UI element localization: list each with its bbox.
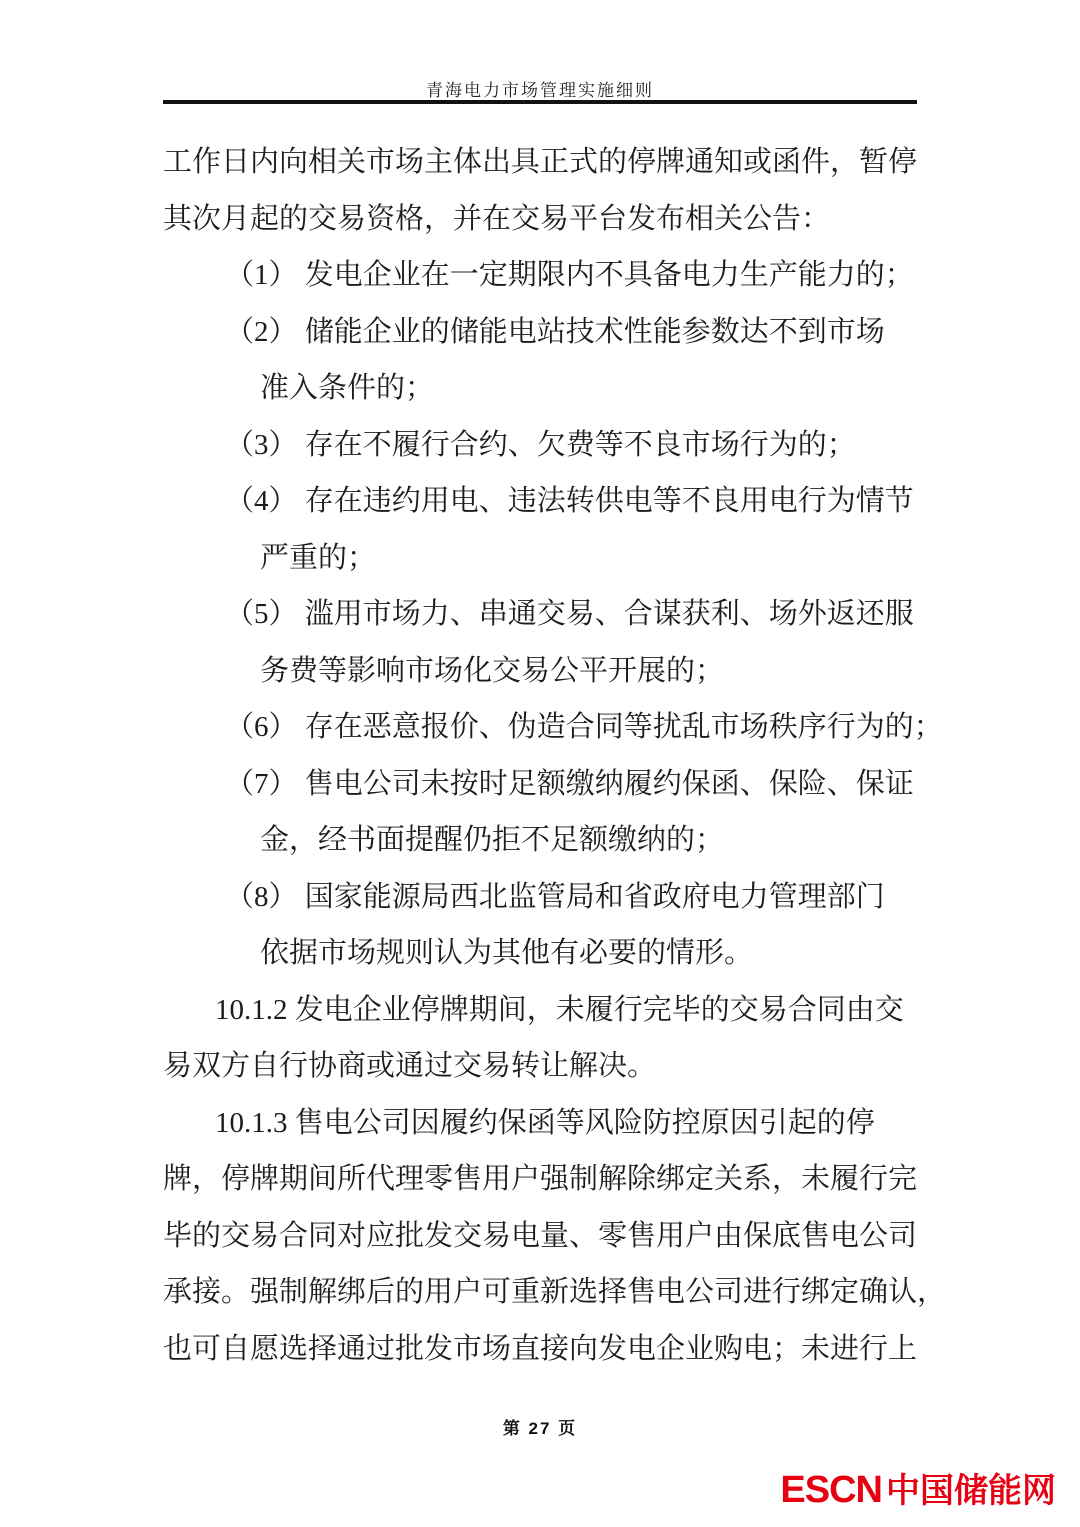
list-item-line: （4） 存在违约用电、违法转供电等不良用电行为情节 (163, 473, 917, 530)
escn-watermark-logo: ESCN 中国储能网 (780, 1463, 1056, 1512)
list-item-line: （3） 存在不履行合约、欠费等不良市场行为的； (163, 417, 917, 474)
text-line: 承接。强制解绑后的用户可重新选择售电公司进行绑定确认， (163, 1264, 917, 1321)
escn-logo-cjk-text: 中国储能网 (886, 1463, 1056, 1512)
text-line: 毕的交易合同对应批发交易电量、零售用户由保底售电公司 (163, 1208, 917, 1265)
list-item-line: （2） 储能企业的储能电站技术性能参数达不到市场 (163, 304, 917, 361)
numbered-clause-line: 10.1.2 发电企业停牌期间，未履行完毕的交易合同由交 (163, 982, 917, 1039)
escn-logo-latin-text: ESCN (780, 1469, 882, 1512)
list-item-continuation-line: 务费等影响市场化交易公平开展的； (163, 643, 917, 700)
list-item-continuation-line: 金，经书面提醒仍拒不足额缴纳的； (163, 812, 917, 869)
list-item-line: （6） 存在恶意报价、伪造合同等扰乱市场秩序行为的； (163, 699, 917, 756)
numbered-clause-line: 10.1.3 售电公司因履约保函等风险防控原因引起的停 (163, 1095, 917, 1152)
list-item-continuation-line: 严重的； (163, 530, 917, 587)
text-line: 也可自愿选择通过批发市场直接向发电企业购电；未进行上 (163, 1321, 917, 1378)
document-body: 工作日内向相关市场主体出具正式的停牌通知或函件，暂停 其次月起的交易资格，并在交… (163, 134, 917, 1377)
list-item-line: （1） 发电企业在一定期限内不具备电力生产能力的； (163, 247, 917, 304)
list-item-line: （8） 国家能源局西北监管局和省政府电力管理部门 (163, 869, 917, 926)
text-line: 易双方自行协商或通过交易转让解决。 (163, 1038, 917, 1095)
text-line: 其次月起的交易资格，并在交易平台发布相关公告： (163, 191, 917, 248)
header-rule (163, 100, 917, 104)
document-page: 青海电力市场管理实施细则 工作日内向相关市场主体出具正式的停牌通知或函件，暂停 … (0, 0, 1080, 1527)
list-item-line: （7） 售电公司未按时足额缴纳履约保函、保险、保证 (163, 756, 917, 813)
text-line: 牌，停牌期间所代理零售用户强制解除绑定关系，未履行完 (163, 1151, 917, 1208)
footer-page-number: 第 27 页 (0, 1414, 1080, 1439)
text-line: 工作日内向相关市场主体出具正式的停牌通知或函件，暂停 (163, 134, 917, 191)
list-item-continuation-line: 依据市场规则认为其他有必要的情形。 (163, 925, 917, 982)
running-header-title: 青海电力市场管理实施细则 (0, 76, 1080, 101)
list-item-continuation-line: 准入条件的； (163, 360, 917, 417)
list-item-line: （5） 滥用市场力、串通交易、合谋获利、场外返还服 (163, 586, 917, 643)
